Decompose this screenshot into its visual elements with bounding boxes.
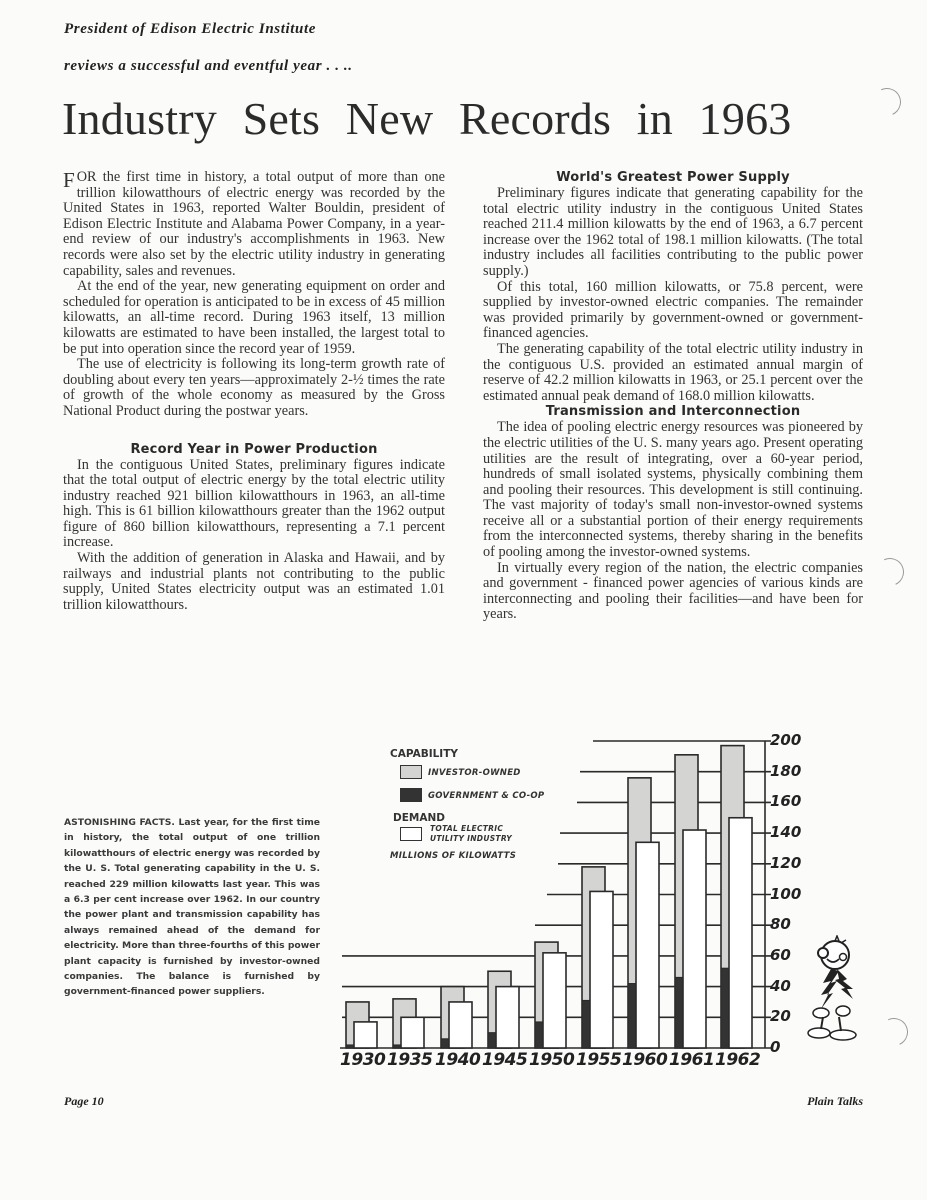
x-tick-label: 1950 — [529, 1050, 574, 1070]
y-tick-label: 180 — [770, 762, 801, 780]
y-tick-label: 140 — [770, 823, 801, 841]
y-tick-label: 100 — [770, 885, 801, 903]
bar-demand-1960 — [636, 842, 659, 1048]
y-tick-label: 200 — [770, 731, 801, 749]
y-tick-label: 60 — [770, 946, 791, 964]
x-tick-label: 1955 — [576, 1050, 621, 1070]
y-tick-label: 80 — [770, 915, 791, 933]
bar-demand-1955 — [590, 891, 613, 1048]
bar-demand-1961 — [683, 830, 706, 1048]
bar-demand-1945 — [496, 987, 519, 1048]
x-tick-label: 1961 — [669, 1050, 714, 1070]
y-tick-label: 20 — [770, 1007, 791, 1025]
bar-demand-1940 — [449, 1002, 472, 1048]
x-tick-label: 1935 — [387, 1050, 432, 1070]
y-tick-label: 40 — [770, 977, 791, 995]
bar-demand-1935 — [401, 1017, 424, 1048]
publication-name: Plain Talks — [807, 1094, 863, 1109]
x-tick-label: 1930 — [340, 1050, 385, 1070]
y-tick-label: 120 — [770, 854, 801, 872]
x-tick-label: 1962 — [715, 1050, 760, 1070]
x-tick-label: 1960 — [622, 1050, 667, 1070]
bar-demand-1962 — [729, 818, 752, 1048]
x-tick-label: 1940 — [435, 1050, 480, 1070]
y-tick-label: 0 — [770, 1038, 780, 1056]
page-number: Page 10 — [64, 1094, 104, 1109]
bar-demand-1950 — [543, 953, 566, 1048]
bar-demand-1930 — [354, 1022, 377, 1048]
y-tick-label: 160 — [770, 792, 801, 810]
reddy-kilowatt-mascot-icon — [805, 935, 865, 1045]
x-tick-label: 1945 — [482, 1050, 527, 1070]
